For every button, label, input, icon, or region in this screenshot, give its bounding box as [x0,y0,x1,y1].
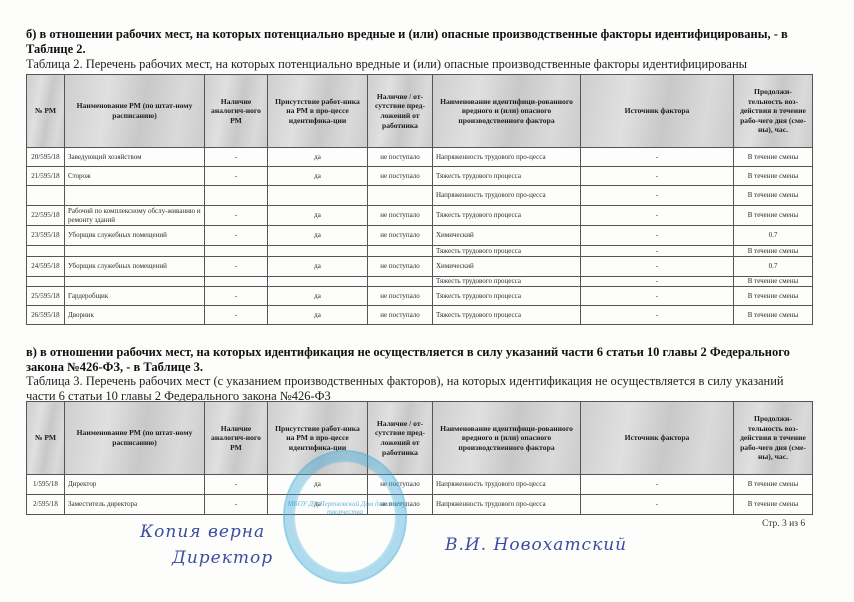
cell-duration: 0.7 [734,226,813,246]
table-row: 2/595/18Заместитель директора-дане посту… [27,495,813,515]
cell-analog: - [205,287,268,306]
cell-analog: - [205,226,268,246]
cell-source: - [581,186,734,206]
table-row: 26/595/18Дворник-дане поступалоТяжесть т… [27,306,813,325]
table-row: 1/595/18Директор-дане поступалоНапряженн… [27,475,813,495]
table-row: 21/595/18Сторож-дане поступалоТяжесть тр… [27,167,813,186]
cell-proposals: не поступало [368,148,433,167]
cell-proposals [368,186,433,206]
cell-analog [205,246,268,257]
cell-presence: да [268,148,368,167]
col-header-source: Источник фактора [581,402,734,475]
cell-factor: Напряженность трудового про-цесса [433,495,581,515]
table2-header-row: № РМ Наименование РМ (по штат-ному распи… [27,75,813,148]
cell-duration: В течение смены [734,246,813,257]
cell-name [65,186,205,206]
cell-num [27,277,65,287]
cell-proposals: не поступало [368,257,433,277]
cell-source: - [581,246,734,257]
col-header-factor: Наименование идентифици-рованного вредно… [433,75,581,148]
col-header-duration: Продолжи-тельность воз-действия в течени… [734,75,813,148]
col-header-factor: Наименование идентифици-рованного вредно… [433,402,581,475]
section-b-heading: б) в отношении рабочих мест, на которых … [26,27,788,57]
cell-analog: - [205,306,268,325]
cell-proposals: не поступало [368,306,433,325]
table3-header-row: № РМ Наименование РМ (по штат-ному распи… [27,402,813,475]
cell-name: Уборщик служебных помещений [65,226,205,246]
cell-proposals: не поступало [368,287,433,306]
cell-factor: Тяжесть трудового процесса [433,277,581,287]
cell-duration: В течение смены [734,495,813,515]
cell-name [65,246,205,257]
section-b-heading-line1: б) в отношении рабочих мест, на которых … [26,27,788,42]
cell-analog: - [205,257,268,277]
cell-analog: - [205,475,268,495]
cell-source: - [581,148,734,167]
cell-presence: да [268,167,368,186]
cell-proposals [368,246,433,257]
cell-num: 2/595/18 [27,495,65,515]
table-row: 20/595/18Заведующий хозяйством-дане пост… [27,148,813,167]
cell-factor: Тяжесть трудового процесса [433,167,581,186]
cell-factor: Тяжесть трудового процесса [433,206,581,226]
cell-name [65,277,205,287]
cell-source: - [581,495,734,515]
cell-presence: да [268,206,368,226]
col-header-source: Источник фактора [581,75,734,148]
cell-num: 20/595/18 [27,148,65,167]
section-c-heading-line2: закона №426-ФЗ, - в Таблице 3. [26,360,790,375]
cell-factor: Напряженность трудового про-цесса [433,475,581,495]
cell-analog: - [205,167,268,186]
cell-name: Рабочий по комплексному обслу-живанию и … [65,206,205,226]
section-c-heading-line1: в) в отношении рабочих мест, на которых … [26,345,790,360]
cell-presence: да [268,257,368,277]
cell-duration: В течение смены [734,306,813,325]
cell-source: - [581,257,734,277]
cell-duration: В течение смены [734,186,813,206]
cell-factor: Напряженность трудового про-цесса [433,186,581,206]
table-3: № РМ Наименование РМ (по штат-ному распи… [26,401,813,515]
cell-source: - [581,277,734,287]
cell-factor: Тяжесть трудового процесса [433,246,581,257]
cell-duration: В течение смены [734,287,813,306]
col-header-name: Наименование РМ (по штат-ному расписанию… [65,402,205,475]
col-header-name: Наименование РМ (по штат-ному расписанию… [65,75,205,148]
handwritten-certification: Копия верна [140,522,265,542]
cell-name: Гардеробщик [65,287,205,306]
page-number: Стр. 3 из 6 [762,519,805,529]
cell-name: Дворник [65,306,205,325]
cell-proposals [368,277,433,287]
cell-name: Заместитель директора [65,495,205,515]
section-b-heading-line2: Таблице 2. [26,42,788,57]
section-c-heading: в) в отношении рабочих мест, на которых … [26,345,790,375]
cell-num: 25/595/18 [27,287,65,306]
table3-caption-line1: Таблица 3. Перечень рабочих мест (с указ… [26,374,784,389]
col-header-duration: Продолжи-тельность воз-действия в течени… [734,402,813,475]
cell-duration: В течение смены [734,277,813,287]
cell-factor: Тяжесть трудового процесса [433,306,581,325]
table-row: Тяжесть трудового процесса-В течение сме… [27,246,813,257]
cell-factor: Напряженность трудового про-цесса [433,148,581,167]
cell-source: - [581,475,734,495]
cell-analog [205,186,268,206]
cell-presence: да [268,287,368,306]
cell-name: Заведующий хозяйством [65,148,205,167]
cell-source: - [581,226,734,246]
cell-source: - [581,287,734,306]
cell-factor: Тяжесть трудового процесса [433,287,581,306]
col-header-analog: Наличие аналогич-ного РМ [205,402,268,475]
table-row: 25/595/18Гардеробщик-дане поступалоТяжес… [27,287,813,306]
cell-source: - [581,306,734,325]
cell-num: 24/595/18 [27,257,65,277]
table-row: Напряженность трудового про-цесса-В тече… [27,186,813,206]
cell-proposals: не поступало [368,226,433,246]
stamp-text: МБОУ ДО Чертковский Дом детского творчес… [285,500,405,516]
cell-analog [205,277,268,287]
cell-name: Директор [65,475,205,495]
cell-presence: да [268,306,368,325]
table-row: 23/595/18Уборщик служебных помещений-дан… [27,226,813,246]
cell-proposals: не поступало [368,167,433,186]
cell-factor: Химический [433,226,581,246]
table2-caption: Таблица 2. Перечень рабочих мест, на кот… [26,57,747,72]
table-row: 24/595/18Уборщик служебных помещений-дан… [27,257,813,277]
table-2: № РМ Наименование РМ (по штат-ному распи… [26,74,813,325]
cell-num: 22/595/18 [27,206,65,226]
cell-duration: В течение смены [734,475,813,495]
cell-num [27,246,65,257]
cell-num: 21/595/18 [27,167,65,186]
table-row: 22/595/18Рабочий по комплексному обслу-ж… [27,206,813,226]
cell-num: 26/595/18 [27,306,65,325]
cell-name: Уборщик служебных помещений [65,257,205,277]
handwritten-signature-name: В.И. Новохатский [445,535,627,555]
cell-analog: - [205,148,268,167]
cell-source: - [581,206,734,226]
cell-duration: В течение смены [734,167,813,186]
col-header-number: № РМ [27,75,65,148]
cell-presence [268,186,368,206]
cell-presence [268,277,368,287]
cell-proposals: не поступало [368,206,433,226]
cell-factor: Химический [433,257,581,277]
cell-duration: 0.7 [734,257,813,277]
cell-source: - [581,167,734,186]
cell-name: Сторож [65,167,205,186]
col-header-presence: Присутствие работ-ника на РМ в про-цессе… [268,75,368,148]
table-row: Тяжесть трудового процесса-В течение сме… [27,277,813,287]
table3-caption: Таблица 3. Перечень рабочих мест (с указ… [26,374,784,404]
cell-num: 23/595/18 [27,226,65,246]
cell-duration: В течение смены [734,206,813,226]
col-header-number: № РМ [27,402,65,475]
cell-num [27,186,65,206]
col-header-proposals: Наличие / от-сутствие пред-ложений от ра… [368,75,433,148]
cell-num: 1/595/18 [27,475,65,495]
cell-analog: - [205,206,268,226]
cell-presence [268,246,368,257]
cell-analog: - [205,495,268,515]
official-stamp: МБОУ ДО Чертковский Дом детского творчес… [283,450,407,584]
cell-presence: да [268,226,368,246]
cell-duration: В течение смены [734,148,813,167]
col-header-analog: Наличие аналогич-ного РМ [205,75,268,148]
handwritten-title: Директор [172,548,273,568]
